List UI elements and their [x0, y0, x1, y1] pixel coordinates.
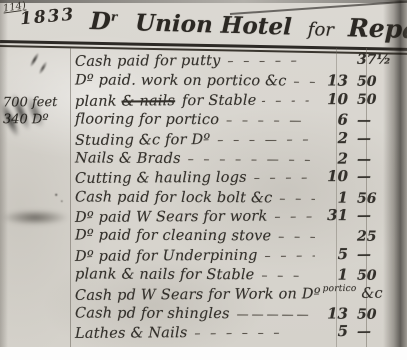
entry-description: Cash paid for putty — [75, 52, 223, 72]
entry-description: Cutting & hauling logs — [75, 169, 249, 189]
ledger-entry-row: Dº paid for Underpining – – – – 5 — — [0, 244, 407, 266]
entry-dollars: 10 — [315, 90, 348, 109]
entry-margin-note — [0, 222, 75, 223]
entry-dash-leader: – – – – — [260, 246, 316, 265]
entry-margin-note: 340 Dº — [0, 110, 75, 129]
entry-description: plank & nails for Stable — [75, 266, 257, 286]
entry-dash-leader: – – – – – – – — [249, 169, 315, 188]
entry-dash-leader: – – – – — [273, 227, 315, 246]
entry-margin-note — [0, 144, 75, 145]
entry-margin-note — [0, 183, 75, 184]
entry-dollars: 2 — [315, 129, 348, 148]
ledger-entry-row: Dº paid for cleaning stove – – – – 25 — [0, 226, 407, 247]
ledger-page: 114) 1833 Dr Union Hotel for Repairs Cas… — [0, 0, 407, 347]
entry-dash-leader: – – – — [269, 207, 315, 226]
entry-margin-note — [0, 66, 75, 67]
ledger-entry-row: Cutting & hauling logs – – – – – – – 10 … — [0, 167, 407, 189]
entry-dash-leader: – – – – – – — [189, 324, 315, 344]
entry-description: Cash pd for shingles — [75, 305, 232, 325]
entry-dash-leader: – – – — [256, 267, 315, 286]
title-hotel-name: Union Hotel — [135, 9, 292, 40]
entry-dollars: 6 — [315, 111, 348, 130]
entry-dollars: 1 — [315, 188, 348, 207]
entry-description: Studing &c for Dº — [75, 131, 213, 151]
entry-margin-note — [0, 338, 75, 339]
inserted-word: portico — [323, 280, 357, 299]
entry-dollars: 5 — [315, 322, 348, 341]
entry-dash-leader: – – — [289, 73, 316, 92]
ledger-entry-row: Cash paid for lock bolt &c – – – 1 56 — [0, 187, 407, 208]
title-for-word: for — [308, 19, 335, 41]
entry-description: flooring for portico — [75, 111, 221, 131]
entry-dollars: 31 — [315, 206, 348, 225]
entry-description: Dº paid for cleaning stove — [75, 226, 273, 246]
ledger-entry-row: 700 feet plank & nails for Stable - – - … — [0, 89, 407, 111]
entry-dash-leader: – – – – — — [221, 111, 315, 130]
year-label: 1833 — [19, 5, 76, 30]
ledger-entry-row: Dº paid. work on portico &c – – 13 50 — [0, 71, 407, 92]
page-title: Dr Union Hotel for Repairs — [90, 6, 407, 45]
ledger-entry-row: Studing &c for Dº – – – — – – 2 — — [0, 128, 407, 150]
entry-dash-leader: – – – – – — [222, 51, 315, 71]
entry-dollars: 13 — [315, 305, 348, 324]
binding-edge-shadow — [383, 0, 407, 347]
ledger-entry-row: Cash pd W Sears for Work on Dºportico &c… — [0, 283, 407, 305]
entry-description: Nails & Brads — [75, 149, 183, 168]
entry-dash-leader: - – - - - — [256, 91, 315, 110]
entry-dollars: 13 — [315, 72, 348, 91]
entry-margin-note — [0, 261, 75, 262]
entry-dollars: 10 — [315, 167, 348, 186]
entry-dash-leader: – – – — – – — [212, 130, 315, 150]
entry-description: Cash paid for lock bolt &c — [75, 188, 275, 208]
entry-description: Dº paid W Sears for work — [75, 208, 270, 228]
ledger-entry-row: Dº paid W Sears for work – – – 31 — — [0, 206, 407, 228]
ledger-rows: Cash paid for putty – – – – – 37½ Dº pai… — [0, 52, 407, 343]
entry-description: Dº paid. work on portico &c — [75, 72, 289, 92]
entry-margin-note — [0, 300, 75, 301]
debit-abbreviation: Dr — [90, 6, 118, 36]
ledger-scan: 114) 1833 Dr Union Hotel for Repairs Cas… — [0, 0, 407, 360]
ledger-entry-row: Lathes & Nails – – – – – – 5 — — [0, 322, 407, 344]
struck-text: & nails — [121, 93, 175, 109]
paper-edge-top — [0, 0, 407, 3]
entry-dollars: 5 — [315, 245, 348, 264]
entry-description: Lathes & Nails — [75, 325, 190, 345]
ledger-entry-row: 340 Dº flooring for portico – – – – — 6 … — [0, 109, 407, 130]
entry-dollars: 2 — [315, 149, 348, 168]
